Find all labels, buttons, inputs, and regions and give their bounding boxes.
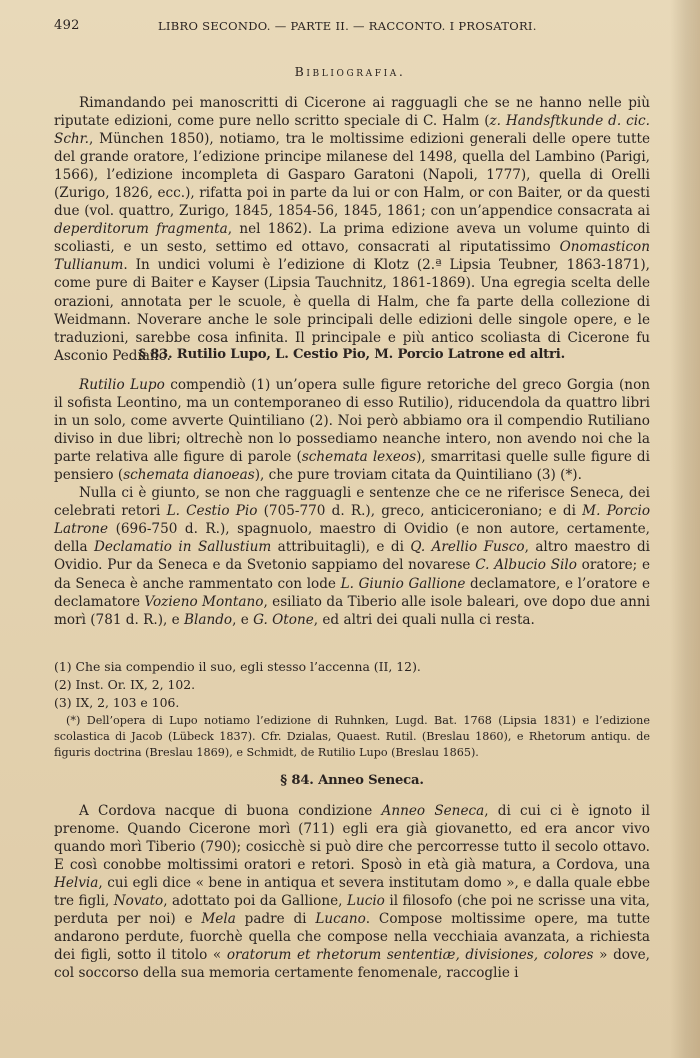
italic-span: deperditorum fragmenta <box>54 221 228 237</box>
footnotes: (1) Che sia compendio il suo, egli stess… <box>54 658 650 761</box>
section-84-body: A Cordova nacque di buona condizione Ann… <box>54 802 650 982</box>
running-title: LIBRO SECONDO. — PARTE II. — RACCONTO. I… <box>158 19 537 33</box>
footnote-1: (1) Che sia compendio il suo, egli stess… <box>54 658 650 676</box>
italic-span: Lucano <box>315 911 365 927</box>
section-83-heading: § 83. Rutilio Lupo, L. Cestio Pio, M. Po… <box>54 347 650 362</box>
running-head: 492 LIBRO SECONDO. — PARTE II. — RACCONT… <box>54 18 660 38</box>
italic-span: Q. Arellio Fusco <box>410 539 524 555</box>
italic-span: Lucio <box>347 893 385 909</box>
italic-span: oratorum et rhetorum sententiæ, division… <box>227 947 594 963</box>
italic-span: Onomasticon Tullianum <box>54 239 650 273</box>
italic-span: Helvia <box>54 875 98 891</box>
italic-span: Blando <box>184 612 232 628</box>
italic-span: C. Albucio Silo <box>475 557 577 573</box>
footnote-3: (3) IX, 2, 103 e 106. <box>54 694 650 712</box>
italic-span: L. Cestio Pio <box>167 503 258 519</box>
section-83-paragraph-1: Rutilio Lupo compendiò (1) un’opera sull… <box>54 376 650 484</box>
bibliography-paragraph: Rimandando pei manoscritti di Cicerone a… <box>54 94 650 365</box>
footnote-star: (*) Dell’opera di Lupo notiamo l’edizion… <box>54 713 650 761</box>
italic-span: L. Giunio Gallione <box>341 576 466 592</box>
section-83-body: Rutilio Lupo compendiò (1) un’opera sull… <box>54 376 650 629</box>
bibliography-label-text: Bibliografia. <box>295 64 406 79</box>
section-84-paragraph-1: A Cordova nacque di buona condizione Ann… <box>54 802 650 982</box>
italic-span: Novato <box>114 893 164 909</box>
section-83-paragraph-2: Nulla ci è giunto, se non che ragguagli … <box>54 484 650 628</box>
italic-span: Rutilio Lupo <box>79 377 165 393</box>
italic-span: Declamatio in Sallustium <box>94 539 271 555</box>
italic-span: Mela <box>201 911 235 927</box>
italic-span: z. Handsftkunde d. cic. Schr. <box>54 113 650 147</box>
italic-span: schemata lexeos <box>302 449 416 465</box>
page-number: 492 <box>54 18 80 33</box>
italic-span: M. Porcio Latrone <box>54 503 650 537</box>
italic-span: G. Otone <box>253 612 314 628</box>
italic-span: schemata dianoeas <box>123 467 255 483</box>
bibliography-text: Rimandando pei manoscritti di Cicerone a… <box>54 94 650 365</box>
bibliography-label: Bibliografia. <box>0 64 700 79</box>
italic-span: Vozieno Montano <box>144 594 263 610</box>
section-84-heading: § 84. Anneo Seneca. <box>54 773 650 788</box>
italic-span: Anneo Seneca <box>382 803 485 819</box>
footnote-2: (2) Inst. Or. IX, 2, 102. <box>54 676 650 694</box>
book-page: 492 LIBRO SECONDO. — PARTE II. — RACCONT… <box>0 0 700 1058</box>
